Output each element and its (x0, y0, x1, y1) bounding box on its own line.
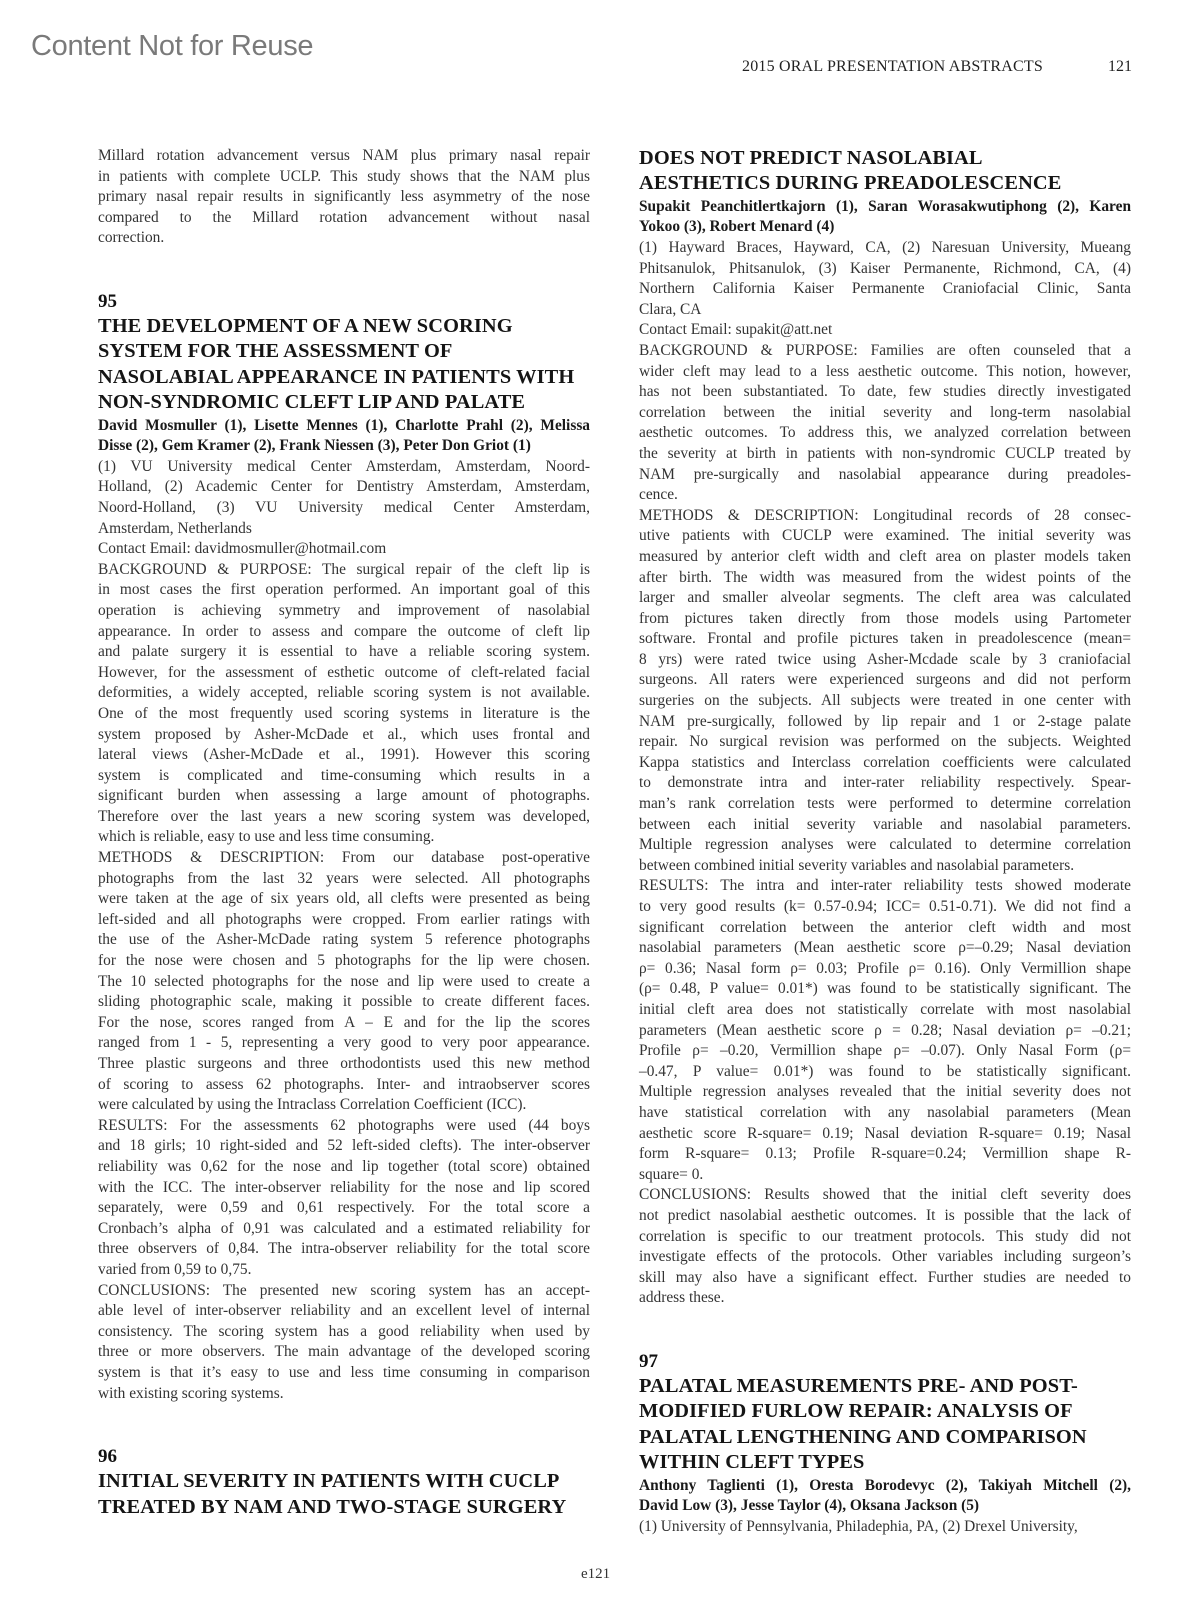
text-line: Multiple regression analyses were calcul… (639, 835, 1131, 856)
author-line: Supakit Peanchitlertkajorn (1), Saran Wo… (639, 197, 1131, 218)
author-line: David Mosmuller (1), Lisette Mennes (1),… (98, 416, 590, 437)
text-line: the use of the Asher-McDade rating syste… (98, 930, 590, 951)
text-line: correlation is specific to our treatment… (639, 1227, 1131, 1248)
text-line: and palate surgery it is essential to ha… (98, 642, 590, 663)
text-line: correction. (98, 228, 590, 249)
running-header-title: 2015 ORAL PRESENTATION ABSTRACTS (742, 58, 1043, 76)
abstract-authors: Anthony Taglienti (1), Oresta Borodevyc … (639, 1476, 1131, 1517)
text-line: for the nose were chosen and 5 photograp… (98, 951, 590, 972)
text-line: significant correlation between the ante… (639, 918, 1131, 939)
text-line: Cronbach’s alpha of 0,91 was calculated … (98, 1219, 590, 1240)
text-line: CONCLUSIONS: Results showed that the ini… (639, 1185, 1131, 1206)
text-line: significant burden when assessing a larg… (98, 786, 590, 807)
text-line: of scoring to assess 62 photographs. Int… (98, 1075, 590, 1096)
text-line: However, for the assessment of esthetic … (98, 663, 590, 684)
text-line: reliability was 0,62 for the nose and li… (98, 1157, 590, 1178)
text-line: Multiple regression analyses revealed th… (639, 1082, 1131, 1103)
text-line: correlation between the initial severity… (639, 403, 1131, 424)
text-line: able level of inter-observer reliability… (98, 1301, 590, 1322)
text-line: to very good results (k= 0.57-0.94; ICC=… (639, 897, 1131, 918)
text-line: in most cases the first operation perfor… (98, 580, 590, 601)
author-line: Yokoo (3), Robert Menard (4) (639, 217, 1131, 238)
author-line: David Low (3), Jesse Taylor (4), Oksana … (639, 1496, 1131, 1517)
text-line: investigate effects of the protocols. Ot… (639, 1247, 1131, 1268)
text-line: appearance. In order to assess and compa… (98, 622, 590, 643)
text-line: surgeries on the subjects. All subjects … (639, 691, 1131, 712)
text-line: left-sided and all photographs were crop… (98, 910, 590, 931)
text-line: system is that it’s easy to use and less… (98, 1363, 590, 1384)
text-line: has not been substantiated. To date, few… (639, 382, 1131, 403)
author-line: Disse (2), Gem Kramer (2), Frank Niessen… (98, 436, 590, 457)
text-line: utive patients with CUCLP were examined.… (639, 526, 1131, 547)
text-line: repair. No surgical revision was perform… (639, 732, 1131, 753)
text-line: aesthetic outcomes. To address this, we … (639, 423, 1131, 444)
affiliation-line: (1) University of Pennsylvania, Philadep… (639, 1517, 1131, 1538)
text-line: Therefore over the last years a new scor… (98, 807, 590, 828)
text-line: One of the most frequently used scoring … (98, 704, 590, 725)
text-line: Contact Email: supakit@att.net (639, 320, 1131, 341)
text-line: with existing scoring systems. (98, 1384, 590, 1405)
text-line: between each initial severity variable a… (639, 815, 1131, 836)
text-line: man’s rank correlation tests were perfor… (639, 794, 1131, 815)
text-line: Holland, (2) Academic Center for Dentist… (98, 477, 590, 498)
title-line: AESTHETICS DURING PREADOLESCENCE (639, 171, 1131, 196)
title-line: INITIAL SEVERITY IN PATIENTS WITH CUCLP (98, 1469, 590, 1494)
text-line: larger and smaller alveolar segments. Th… (639, 588, 1131, 609)
watermark: Content Not for Reuse (31, 30, 313, 63)
text-line: three or more observers. The main advant… (98, 1342, 590, 1363)
abstract-authors: David Mosmuller (1), Lisette Mennes (1),… (98, 416, 590, 457)
text-line: Northern California Kaiser Permanente Cr… (639, 279, 1131, 300)
title-line: NON-SYNDROMIC CLEFT LIP AND PALATE (98, 390, 590, 415)
text-line: RESULTS: For the assessments 62 photogra… (98, 1116, 590, 1137)
text-line: The 10 selected photographs for the nose… (98, 972, 590, 993)
text-line: ranged from 1 - 5, representing a very g… (98, 1033, 590, 1054)
title-line: TREATED BY NAM AND TWO-STAGE SURGERY (98, 1495, 590, 1520)
text-line: form R-square= 0.13; Profile R-square=0.… (639, 1144, 1131, 1165)
text-line: aesthetic score R-square= 0.19; Nasal de… (639, 1124, 1131, 1145)
text-line: wider cleft may lead to a less aesthetic… (639, 362, 1131, 383)
text-line: RESULTS: The intra and inter-rater relia… (639, 876, 1131, 897)
text-line: three observers of 0,84. The intra-obser… (98, 1239, 590, 1260)
text-line: Millard rotation advancement versus NAM … (98, 146, 590, 167)
text-line: and 18 girls; 10 right-sided and 52 left… (98, 1136, 590, 1157)
text-line: after birth. The width was measured from… (639, 568, 1131, 589)
text-line: CONCLUSIONS: The presented new scoring s… (98, 1281, 590, 1302)
title-line: WITHIN CLEFT TYPES (639, 1450, 1131, 1475)
title-line: DOES NOT PREDICT NASOLABIAL (639, 146, 1131, 171)
text-line: NAM pre-surgically, followed by lip repa… (639, 712, 1131, 733)
text-line: deformities, a widely accepted, reliable… (98, 683, 590, 704)
text-line: varied from 0,59 to 0,75. (98, 1260, 590, 1281)
text-line: address these. (639, 1288, 1131, 1309)
text-line: (1) VU University medical Center Amsterd… (98, 457, 590, 478)
text-line: METHODS & DESCRIPTION: From our database… (98, 848, 590, 869)
text-line: Phitsanulok, Phitsanulok, (3) Kaiser Per… (639, 259, 1131, 280)
title-line: NASOLABIAL APPEARANCE IN PATIENTS WITH (98, 365, 590, 390)
abstract-body: (1) VU University medical Center Amsterd… (98, 457, 590, 1404)
continuation-paragraph: Millard rotation advancement versus NAM … (98, 146, 590, 249)
text-line: were calculated by using the Intraclass … (98, 1095, 590, 1116)
abstract-95: 95 THE DEVELOPMENT OF A NEW SCORING SYST… (98, 290, 590, 1404)
text-line: which is reliable, easy to use and less … (98, 827, 590, 848)
text-line: –0.47, P value= 0.01*) was found to be s… (639, 1062, 1131, 1083)
text-line: 8 yrs) were rated twice using Asher-Mcda… (639, 650, 1131, 671)
text-line: measured by anterior cleft width and cle… (639, 547, 1131, 568)
abstract-body: (1) Hayward Braces, Hayward, CA, (2) Nar… (639, 238, 1131, 1309)
abstract-97: 97 PALATAL MEASUREMENTS PRE- AND POST- M… (639, 1350, 1131, 1537)
abstract-number: 96 (98, 1445, 590, 1469)
text-line: (1) Hayward Braces, Hayward, CA, (2) Nar… (639, 238, 1131, 259)
text-line: have statistical correlation with any na… (639, 1103, 1131, 1124)
title-line: THE DEVELOPMENT OF A NEW SCORING (98, 314, 590, 339)
author-line: Anthony Taglienti (1), Oresta Borodevyc … (639, 1476, 1131, 1497)
title-line: SYSTEM FOR THE ASSESSMENT OF (98, 339, 590, 364)
footer-page-label: e121 (581, 1566, 610, 1583)
text-line: BACKGROUND & PURPOSE: Families are often… (639, 341, 1131, 362)
running-header-page-number: 121 (1108, 58, 1132, 76)
text-line: Contact Email: davidmosmuller@hotmail.co… (98, 539, 590, 560)
text-line: cence. (639, 485, 1131, 506)
text-line: to demonstrate intra and inter-rater rel… (639, 773, 1131, 794)
text-line: (ρ= 0.48, P value= 0.01*) was found to b… (639, 979, 1131, 1000)
text-line: not predict nasolabial aesthetic outcome… (639, 1206, 1131, 1227)
abstract-title: THE DEVELOPMENT OF A NEW SCORING SYSTEM … (98, 314, 590, 416)
left-column: Millard rotation advancement versus NAM … (98, 146, 590, 1520)
text-line: NAM pre-surgically and nasolabial appear… (639, 465, 1131, 486)
text-line: initial cleft area does not statisticall… (639, 1000, 1131, 1021)
title-line: MODIFIED FURLOW REPAIR: ANALYSIS OF (639, 1399, 1131, 1424)
text-line: skill may also have a significant effect… (639, 1268, 1131, 1289)
text-line: Three plastic surgeons and three orthodo… (98, 1054, 590, 1075)
text-line: compared to the Millard rotation advance… (98, 208, 590, 229)
text-line: consistency. The scoring system has a go… (98, 1322, 590, 1343)
text-line: Noord-Holland, (3) VU University medical… (98, 498, 590, 519)
text-line: BACKGROUND & PURPOSE: The surgical repai… (98, 560, 590, 581)
text-line: system proposed by Asher-McDade et al., … (98, 725, 590, 746)
text-line: lateral views (Asher-McDade et al., 1991… (98, 745, 590, 766)
title-line: PALATAL MEASUREMENTS PRE- AND POST- (639, 1374, 1131, 1399)
abstract-number: 95 (98, 290, 590, 314)
text-line: METHODS & DESCRIPTION: Longitudinal reco… (639, 506, 1131, 527)
text-line: separately, were 0,59 and 0,61 respectiv… (98, 1198, 590, 1219)
text-line: the severity at birth in patients with n… (639, 444, 1131, 465)
text-line: ρ= 0.36; Nasal form ρ= 0.03; Profile ρ= … (639, 959, 1131, 980)
text-line: Profile ρ= –0.20, Vermillion shape ρ= –0… (639, 1041, 1131, 1062)
right-column: DOES NOT PREDICT NASOLABIAL AESTHETICS D… (639, 146, 1131, 1537)
text-line: operation is achieving symmetry and impr… (98, 601, 590, 622)
text-line: Kappa statistics and Interclass correlat… (639, 753, 1131, 774)
title-line: PALATAL LENGTHENING AND COMPARISON (639, 1425, 1131, 1450)
abstract-number: 97 (639, 1350, 1131, 1374)
text-line: in patients with complete UCLP. This stu… (98, 167, 590, 188)
text-line: were taken at the age of six years old, … (98, 889, 590, 910)
text-line: For the nose, scores ranged from A – E a… (98, 1013, 590, 1034)
text-line: with the ICC. The inter-observer reliabi… (98, 1178, 590, 1199)
text-line: Clara, CA (639, 300, 1131, 321)
text-line: sliding photographic scale, making it po… (98, 992, 590, 1013)
text-line: system is complicated and time-consuming… (98, 766, 590, 787)
text-line: square= 0. (639, 1165, 1131, 1186)
text-line: parameters (Mean aesthetic score ρ = 0.2… (639, 1021, 1131, 1042)
text-line: Amsterdam, Netherlands (98, 519, 590, 540)
text-line: primary nasal repair results in signific… (98, 187, 590, 208)
text-line: surgeons. All raters were experienced su… (639, 670, 1131, 691)
text-line: from pictures taken directly from those … (639, 609, 1131, 630)
text-line: nasolabial parameters (Mean aesthetic sc… (639, 938, 1131, 959)
abstract-96-continued: DOES NOT PREDICT NASOLABIAL AESTHETICS D… (639, 146, 1131, 1309)
text-line: between combined initial severity variab… (639, 856, 1131, 877)
text-line: photographs from the last 32 years were … (98, 869, 590, 890)
text-line: software. Frontal and profile pictures t… (639, 629, 1131, 650)
abstract-authors: Supakit Peanchitlertkajorn (1), Saran Wo… (639, 197, 1131, 238)
abstract-96-start: 96 INITIAL SEVERITY IN PATIENTS WITH CUC… (98, 1445, 590, 1520)
